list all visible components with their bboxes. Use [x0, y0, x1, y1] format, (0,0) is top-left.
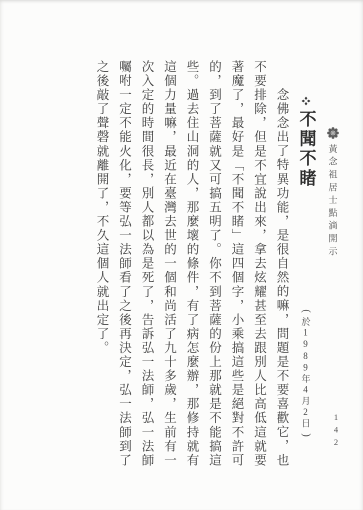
body-column: 之後敲了聲磬就離開了，不久這個人就出定了。	[91, 60, 114, 474]
section-title: 不聞不睹	[294, 110, 319, 188]
section-date: ( 於1989年4月2日 )	[295, 307, 317, 439]
body-column: 不要排除，但是不宜說出來，拿去炫耀甚至去跟別人比高低這就要	[248, 60, 271, 474]
body-column: 念佛念出了特異功能，是很自然的嘛，問題是不要喜歡它，也	[271, 60, 294, 474]
close-paren: )	[302, 433, 310, 436]
body-column: 次入定的時間很長，別人都以為是死了，告訴弘一法師，弘一法師	[136, 60, 159, 474]
diamond-cluster-icon	[301, 96, 311, 106]
date-text: 於1989年4月2日	[300, 317, 313, 429]
rosette-flower-icon	[327, 127, 339, 139]
section-title-block: 不聞不睹	[294, 96, 318, 188]
body-column: 的，到了菩薩就又可搞五明了。你不到菩薩的份上那就是不能搞這	[203, 60, 226, 474]
body-column: 這個力量嘛，最近在臺灣去世的一個和尚活了九十多歲，生前有一	[158, 60, 181, 474]
body-column: 些。過去住山洞的人，那麼壞的條件，有了病怎麼辦，那修持就有	[181, 60, 204, 474]
body-text: 念佛念出了特異功能，是很自然的嘛，問題是不要喜歡它，也 不要排除，但是不宜說出來…	[90, 60, 293, 474]
book-page: 黃念祖居士點滴開示 142 不聞不睹 ( 於1989年4月2日 ) 念佛念出了特…	[0, 0, 363, 510]
body-column: 著魔了，最好是「不聞不睹」這四個字，小乘搞這些是絕對不許可	[226, 60, 249, 474]
book-title: 黃念祖居士點滴開示	[327, 144, 340, 259]
body-column: 囑咐一定不能火化，要等弘一法師看了之後再決定，弘一法師到了	[113, 60, 136, 474]
running-header: 黃念祖居士點滴開示	[324, 127, 342, 259]
open-paren: (	[302, 309, 310, 312]
page-number: 142	[329, 412, 341, 450]
